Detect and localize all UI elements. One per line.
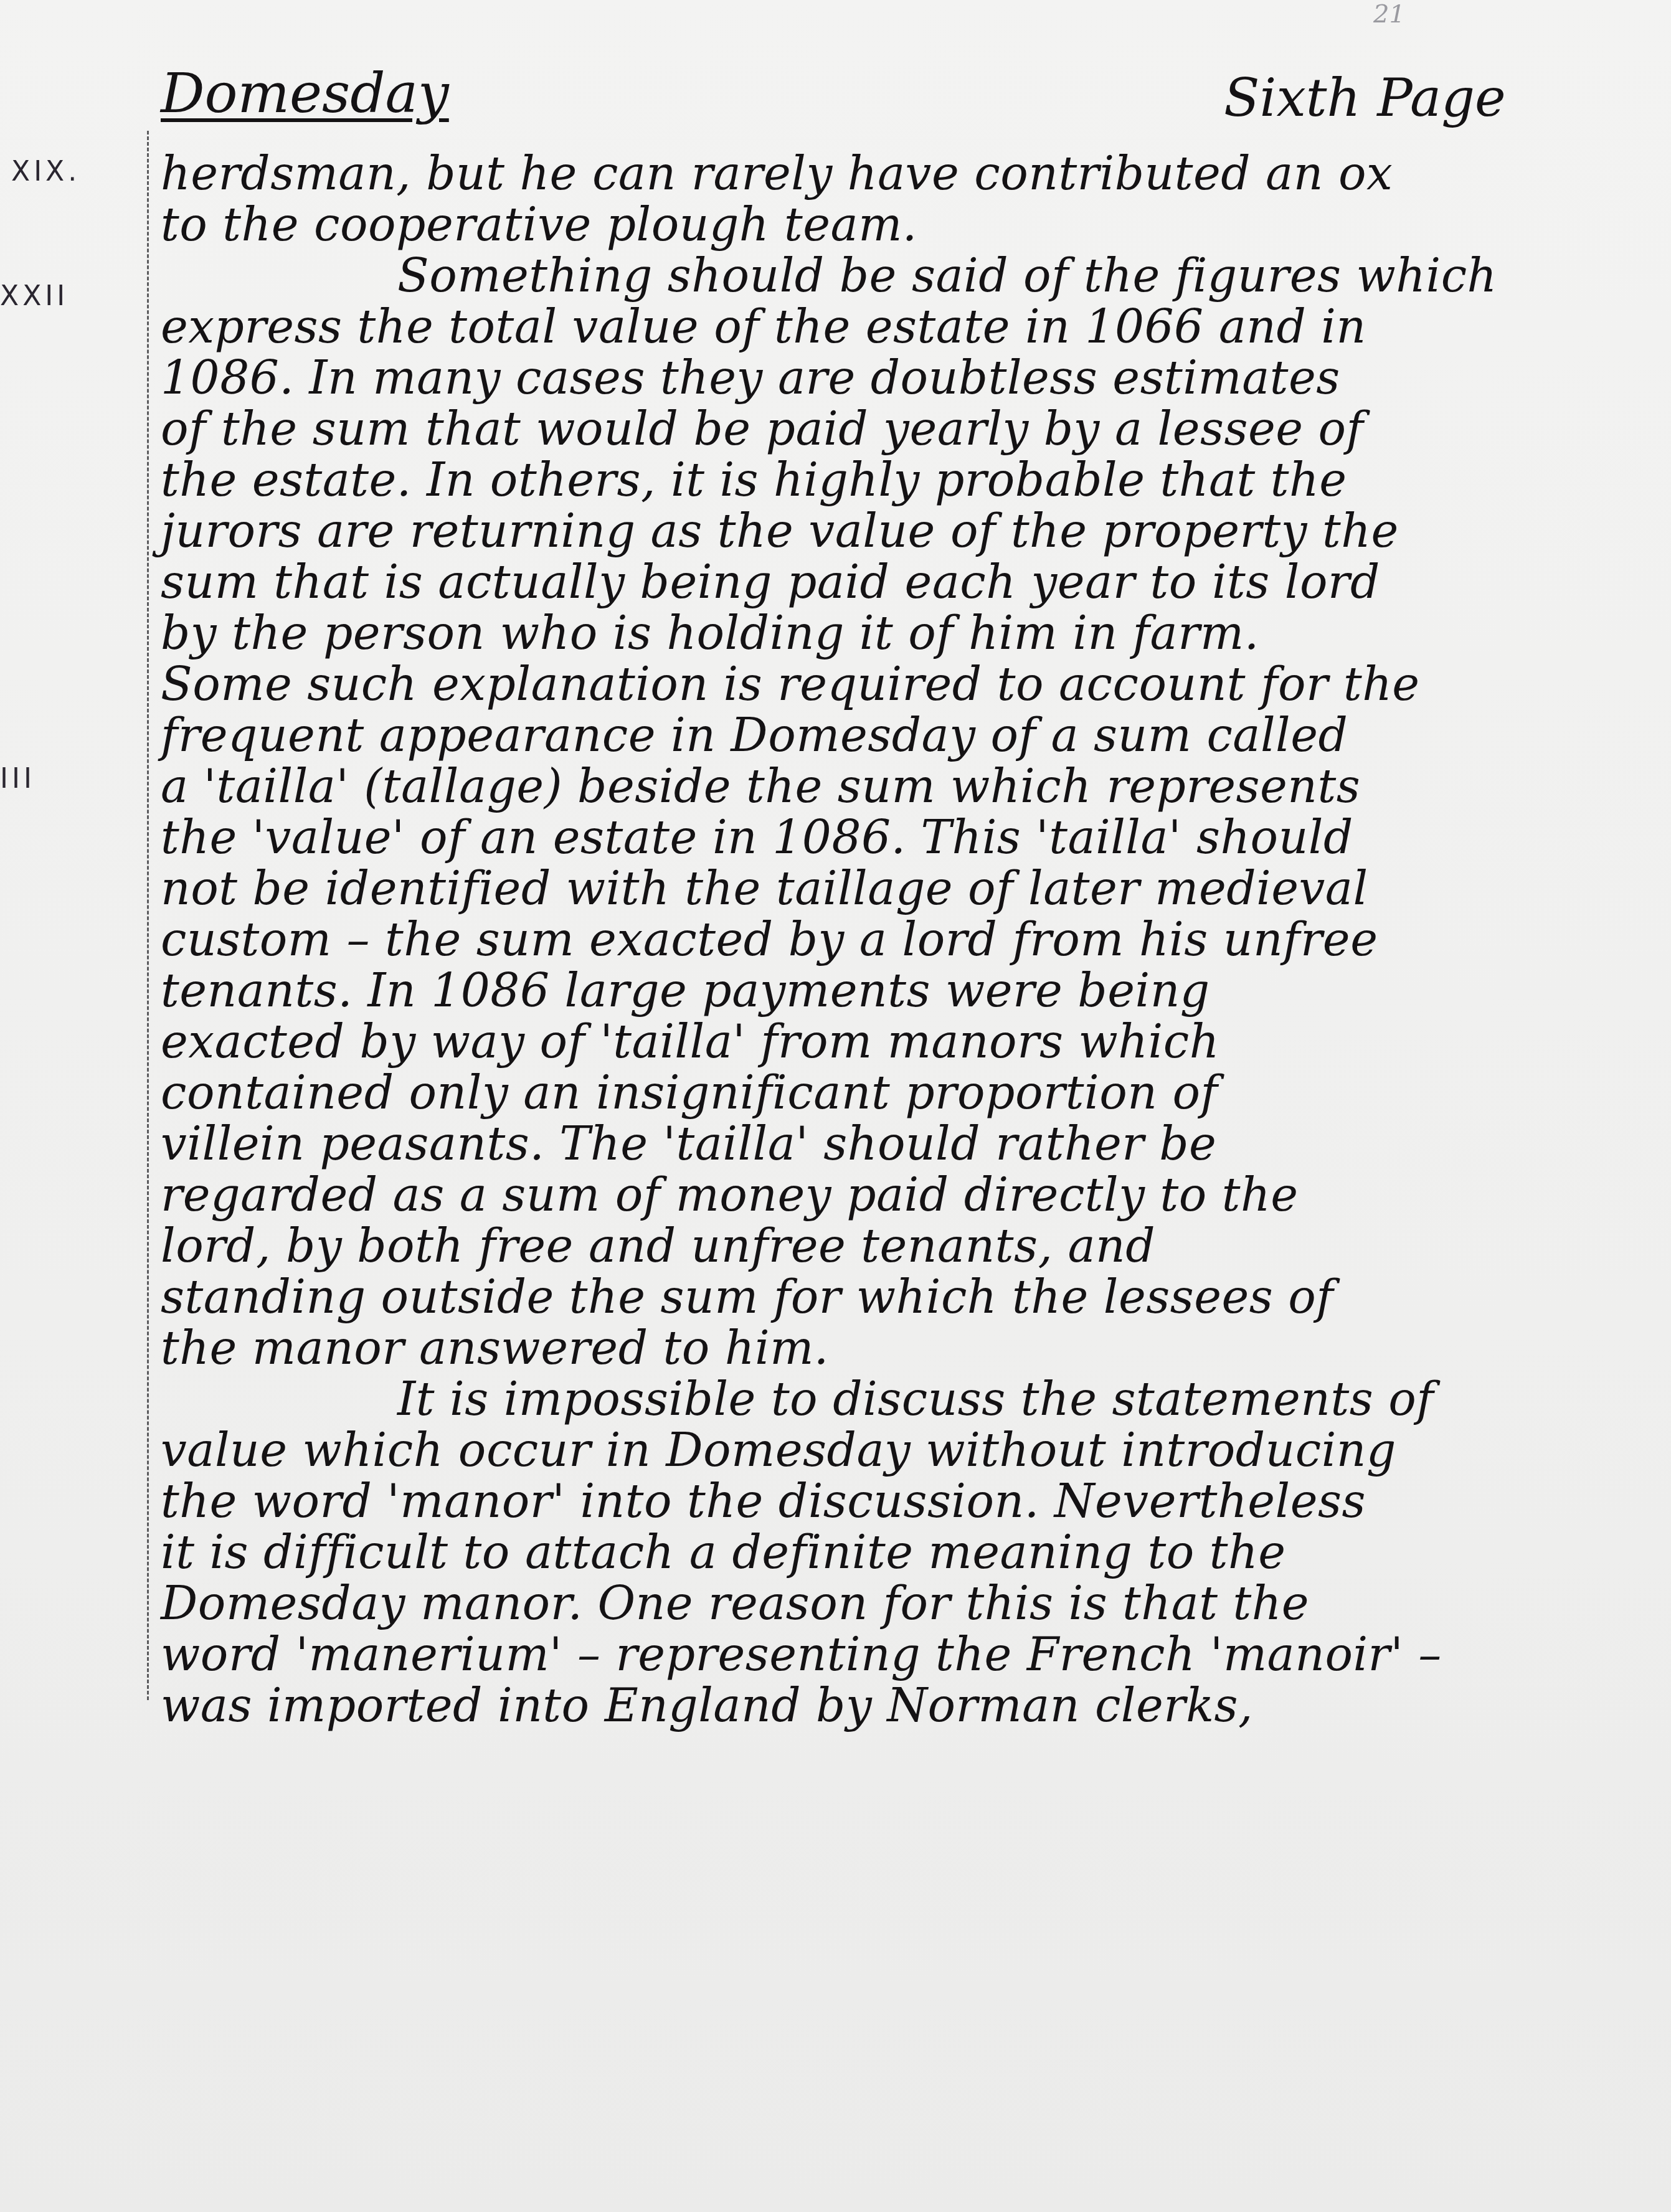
text-line: to the cooperative plough team. [161, 199, 1606, 250]
text-line: herdsman, but he can rarely have contrib… [161, 148, 1606, 199]
text-line: the estate. In others, it is highly prob… [161, 455, 1606, 506]
text-line: custom – the sum exacted by a lord from … [161, 914, 1606, 965]
handwritten-body: herdsman, but he can rarely have contrib… [161, 148, 1606, 1731]
text-line: of the sum that would be paid yearly by … [161, 404, 1606, 455]
corner-page-mark: 21 [1373, 0, 1405, 29]
text-line: jurors are returning as the value of the… [161, 506, 1606, 557]
text-line: standing outside the sum for which the l… [161, 1272, 1606, 1323]
text-line: villein peasants. The 'tailla' should ra… [161, 1118, 1606, 1170]
text-line: the 'value' of an estate in 1086. This '… [161, 812, 1606, 863]
text-line: the word 'manor' into the discussion. Ne… [161, 1476, 1606, 1527]
handwritten-page: 21 Domesday Sixth Page XIX. XXII III her… [0, 0, 1671, 2212]
text-line: express the total value of the estate in… [161, 301, 1606, 352]
text-line: sum that is actually being paid each yea… [161, 557, 1606, 608]
text-line: Domesday manor. One reason for this is t… [161, 1578, 1606, 1629]
margin-rule-dashed [147, 131, 149, 1700]
text-line: value which occur in Domesday without in… [161, 1425, 1606, 1476]
text-line: regarded as a sum of money paid directly… [161, 1170, 1606, 1221]
text-line: the manor answered to him. [161, 1323, 1606, 1374]
text-line: tenants. In 1086 large payments were bei… [161, 965, 1606, 1016]
page-label: Sixth Page [1224, 67, 1506, 128]
margin-note-xix: XIX. [11, 156, 80, 187]
text-line: contained only an insignificant proporti… [161, 1067, 1606, 1118]
margin-note-xxii: XXII [0, 280, 69, 312]
text-line: by the person who is holding it of him i… [161, 608, 1606, 659]
text-line: lord, by both free and unfree tenants, a… [161, 1221, 1606, 1272]
text-line: word 'manerium' – representing the Frenc… [161, 1629, 1606, 1680]
margin-note-iii: III [0, 763, 36, 795]
text-line: it is difficult to attach a definite mea… [161, 1527, 1606, 1578]
text-line-paragraph-start: Something should be said of the figures … [161, 250, 1606, 301]
text-line: was imported into England by Norman cler… [161, 1680, 1606, 1731]
text-line: exacted by way of 'tailla' from manors w… [161, 1016, 1606, 1067]
text-line: not be identified with the taillage of l… [161, 863, 1606, 914]
text-line-paragraph-start: It is impossible to discuss the statemen… [161, 1374, 1606, 1425]
document-title: Domesday [161, 61, 449, 125]
text-line: frequent appearance in Domesday of a sum… [161, 710, 1606, 761]
text-line: a 'tailla' (tallage) beside the sum whic… [161, 761, 1606, 812]
text-line: Some such explanation is required to acc… [161, 659, 1606, 710]
text-line: 1086. In many cases they are doubtless e… [161, 352, 1606, 404]
